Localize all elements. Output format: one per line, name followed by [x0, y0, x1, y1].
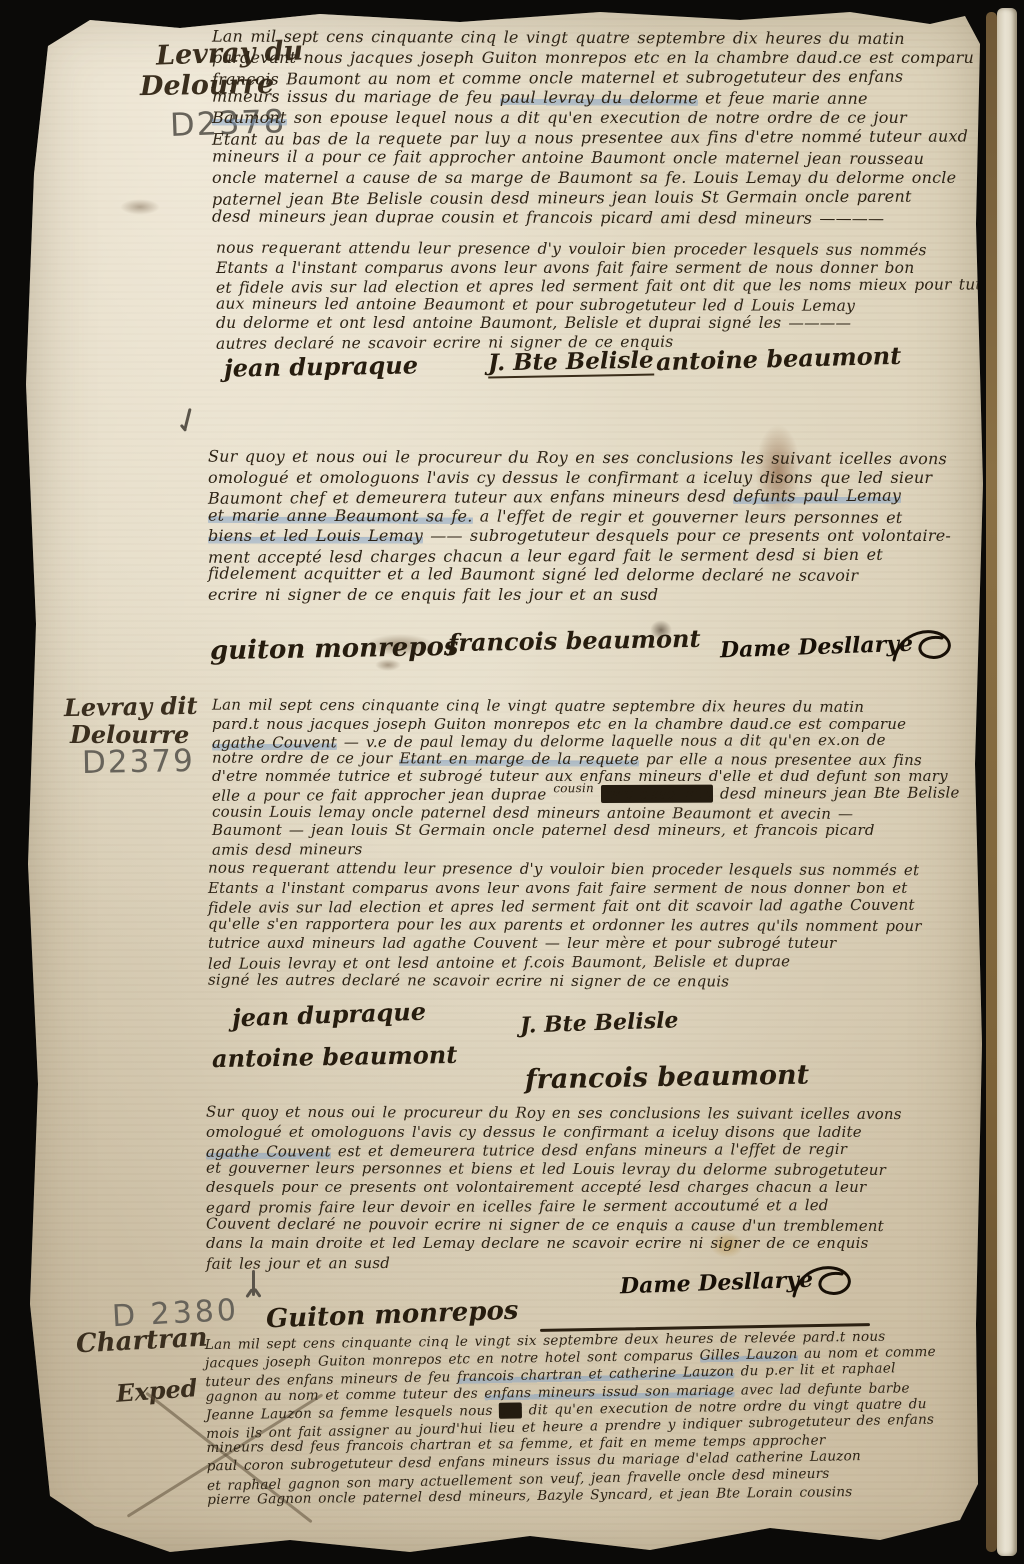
- manuscript-text: mineurs issus du mariage de feu: [212, 87, 500, 107]
- signature-jb-belisle: J. Bte Belisle: [488, 347, 654, 379]
- manuscript-line: omologué et omologuons l'avis cy dessus …: [208, 468, 1008, 488]
- signature-dame-desllarye: Dame Desllarye: [720, 631, 914, 664]
- manuscript-text: Etant au bas de la requete par luy a nou…: [212, 126, 968, 148]
- manuscript-text: Lan mil sept cens cinquante cinq le ving…: [212, 27, 905, 48]
- manuscript-text: Sur quoy et nous oui le procureur du Roy…: [208, 447, 947, 469]
- manuscript-text: Couvent declaré ne pouvoir ecrire ni sig…: [206, 1214, 884, 1234]
- manuscript-text: omologué et omologuons l'avis cy dessus …: [206, 1123, 862, 1141]
- manuscript-line: Baumont son epouse lequel nous a dit qu'…: [212, 108, 1012, 128]
- manuscript-text: [594, 785, 601, 803]
- manuscript-text: a l'effet de regir et gouverner leurs pe…: [472, 506, 902, 527]
- manuscript-line: Baumont — jean louis St Germain oncle pa…: [212, 822, 1012, 840]
- manuscript-text: dans la main droite et led Lemay declare…: [206, 1234, 868, 1252]
- manuscript-line: Etants a l'instant comparus avons leur a…: [216, 259, 1011, 278]
- manuscript-text: pardevant nous jacques joseph Guiton mon…: [212, 48, 974, 67]
- record2-paragraph3: Sur quoy et nous oui le procureur du Roy…: [206, 1104, 1006, 1271]
- manuscript-page: Levray du Delourre D2378 Levray dit Delo…: [20, 4, 985, 1560]
- manuscript-text: notre ordre de ce jour: [212, 748, 399, 767]
- blue-highlighted-text: enfans mineurs issud son mariage: [484, 1382, 734, 1401]
- blue-highlighted-text: Baumont: [212, 108, 287, 127]
- manuscript-text: amis desd mineurs: [212, 840, 363, 859]
- manuscript-text: desd mineurs jean duprae cousin et franc…: [212, 207, 884, 228]
- manuscript-line: du delorme et ont lesd antoine Baumont, …: [216, 314, 1011, 333]
- manuscript-text: led Louis levray et ont lesd antoine et …: [208, 952, 790, 973]
- manuscript-line: amis desd mineurs: [212, 838, 1012, 859]
- manuscript-line: mineurs issus du mariage de feu paul lev…: [212, 87, 1012, 110]
- manuscript-line: et fidele avis sur lad election et apres…: [216, 275, 1011, 297]
- manuscript-text: fidele avis sur lad election et apres le…: [208, 896, 915, 917]
- manuscript-text: fait les jour et an susd: [206, 1254, 390, 1273]
- manuscript-line: ecrire ni signer de ce enquis fait les j…: [208, 585, 1008, 605]
- blue-highlighted-text: Gilles Lauzon: [700, 1346, 798, 1364]
- blue-highlighted-text: Etant en marge de la requete: [399, 749, 639, 768]
- interlinear-insertion: cousin: [553, 781, 594, 795]
- manuscript-text: qu'elle s'en rapportera pour les aux par…: [208, 914, 922, 934]
- manuscript-text: Lan mil sept cens cinquante cinq le ving…: [212, 696, 864, 716]
- manuscript-text: ecrire ni signer de ce enquis fait les j…: [208, 585, 658, 604]
- manuscript-text: avec lad defunte barbe: [734, 1380, 910, 1398]
- manuscript-text: elle a pour ce fait approcher jean dupra…: [212, 785, 553, 804]
- signature-flourish-icon: [890, 624, 960, 670]
- manuscript-line: qu'elle s'en rapportera pour les aux par…: [208, 914, 1008, 935]
- manuscript-text: cousin Louis lemay oncle paternel desd m…: [212, 802, 853, 822]
- blue-highlighted-text: et marie anne Beaumont sa fe.: [208, 505, 473, 525]
- manuscript-text: son epouse lequel nous a dit qu'en execu…: [287, 108, 907, 127]
- blue-highlighted-text: defunts paul Lemay: [733, 486, 901, 506]
- manuscript-text: aux mineurs led antoine Beaumont et pour…: [216, 294, 855, 314]
- manuscript-line: pardevant nous jacques joseph Guiton mon…: [212, 48, 1012, 68]
- signature-guiton-monrepos: guiton monrepos: [210, 632, 459, 666]
- manuscript-text: nous requerant attendu leur presence d'y…: [216, 239, 927, 259]
- next-page-edge: [997, 8, 1017, 1556]
- record1-paragraph2: nous requerant attendu leur presence d'y…: [216, 240, 1011, 351]
- manuscript-text: Etants a l'instant comparus avons leur a…: [208, 879, 908, 897]
- struck-out-text: amy desd min: [601, 785, 713, 803]
- manuscript-line: Etants a l'instant comparus avons leur a…: [208, 879, 1008, 898]
- manuscript-line: biens et led Louis Lemay —— subrogetuteu…: [208, 526, 1008, 546]
- manuscript-text: et fidele avis sur lad election et apres…: [216, 275, 1009, 296]
- signature-jean-dupraque: jean dupraque: [224, 350, 418, 382]
- manuscript-line: desquels pour ce presents ont volontaire…: [206, 1178, 1006, 1197]
- signature-guiton-monrepos: Guiton monrepos: [266, 1296, 519, 1335]
- manuscript-line: omologué et omologuons l'avis cy dessus …: [206, 1123, 1006, 1142]
- struck-out-text: ont: [499, 1402, 522, 1418]
- manuscript-line: cousin Louis lemay oncle paternel desd m…: [212, 803, 1012, 823]
- manuscript-text: ment accepté lesd charges chacun a leur …: [208, 544, 883, 566]
- manuscript-text: gagnon au nom et comme tuteur des: [206, 1385, 485, 1404]
- manuscript-text: et feue marie anne: [698, 88, 868, 108]
- manuscript-line: dans la main droite et led Lemay declare…: [206, 1234, 1006, 1253]
- margin-title-record2-line1: Levray dit: [64, 691, 198, 722]
- manuscript-text: —— subrogetuteur desquels pour ce presen…: [423, 526, 951, 545]
- manuscript-line: egard promis faire leur devoir en icelle…: [206, 1195, 1006, 1217]
- manuscript-text: Baumont — jean louis St Germain oncle pa…: [212, 821, 875, 839]
- manuscript-text: du p.er lit et raphael: [734, 1361, 896, 1380]
- archive-number-d2379: D2379: [82, 743, 195, 781]
- manuscript-line: nous requerant attendu leur presence d'y…: [208, 859, 1008, 880]
- manuscript-text: fidelement acquitter et a led Baumont si…: [208, 564, 858, 585]
- scan-background: Levray du Delourre D2378 Levray dit Delo…: [0, 0, 1024, 1564]
- manuscript-line: oncle maternel a cause de sa marge de Ba…: [212, 168, 1012, 188]
- blue-highlighted-text: paul levray du delorme: [500, 88, 698, 108]
- pencil-arrow-icon: [253, 1288, 261, 1298]
- manuscript-line: mineurs il a pour ce fait approcher anto…: [212, 147, 1012, 170]
- manuscript-line: et gouverner leurs personnes et biens et…: [206, 1158, 1006, 1179]
- manuscript-line: Lan mil sept cens cinquante cinq le ving…: [212, 27, 1012, 50]
- record3-paragraph1: Lan mil sept cens cinquante cinq le ving…: [205, 1326, 1023, 1511]
- signature-antoine-beaumont: antoine beaumont: [656, 341, 902, 376]
- manuscript-line: Sur quoy et nous oui le procureur du Roy…: [208, 447, 1008, 469]
- ink-smudge: [120, 199, 160, 215]
- manuscript-line: fidelement acquitter et a led Baumont si…: [208, 564, 1008, 586]
- manuscript-line: signé les autres declaré ne scavoir ecri…: [208, 970, 1008, 991]
- manuscript-text: signé les autres declaré ne scavoir ecri…: [208, 970, 729, 990]
- manuscript-text: Etants a l'instant comparus avons leur a…: [216, 259, 914, 277]
- manuscript-text: tutrice auxd mineurs lad agathe Couvent …: [208, 934, 836, 952]
- manuscript-text: egard promis faire leur devoir en icelle…: [206, 1196, 829, 1217]
- manuscript-line: Couvent declaré ne pouvoir ecrire ni sig…: [206, 1214, 1006, 1235]
- record2-paragraph1: Lan mil sept cens cinquante cinq le ving…: [212, 698, 1012, 857]
- manuscript-text: Baumont chef et demeurera tuteur aux enf…: [208, 486, 734, 507]
- signature-dame-desllarye: Dame Desllarye: [620, 1267, 814, 1300]
- blue-highlighted-text: biens et led Louis Lemay: [208, 526, 423, 545]
- record2-paragraph2: nous requerant attendu leur presence d'y…: [208, 860, 1008, 990]
- manuscript-line: desd mineurs jean duprae cousin et franc…: [212, 207, 1012, 230]
- manuscript-line: pard.t nous jacques joseph Guiton monrep…: [212, 716, 1012, 734]
- manuscript-line: Lan mil sept cens cinquante cinq le ving…: [212, 697, 1012, 717]
- manuscript-text: francois Baumont au nom et comme oncle m…: [212, 67, 903, 89]
- signature-francois-beaumont: francois beaumont: [448, 624, 701, 657]
- manuscript-text: omologué et omologuons l'avis cy dessus …: [208, 468, 932, 487]
- manuscript-text: mineurs il a pour ce fait approcher anto…: [212, 147, 924, 168]
- manuscript-text: et gouverner leurs personnes et biens et…: [206, 1158, 886, 1178]
- manuscript-text: du delorme et ont lesd antoine Baumont, …: [216, 314, 851, 332]
- signature-jb-belisle: J. Bte Belisle: [520, 1007, 679, 1039]
- manuscript-line: notre ordre de ce jour Etant en marge de…: [212, 749, 1012, 769]
- manuscript-text: desd mineurs jean Bte Belisle: [713, 783, 960, 802]
- manuscript-text: desquels pour ce presents ont volontaire…: [206, 1178, 866, 1196]
- manuscript-text: nous requerant attendu leur presence d'y…: [208, 859, 919, 879]
- record1-paragraph1: Lan mil sept cens cinquante cinq le ving…: [212, 28, 1012, 228]
- manuscript-line: tutrice auxd mineurs lad agathe Couvent …: [208, 934, 1008, 953]
- manuscript-line: nous requerant attendu leur presence d'y…: [216, 239, 1011, 260]
- signature-flourish-icon: [790, 1260, 860, 1306]
- manuscript-line: Baumont chef et demeurera tuteur aux enf…: [208, 485, 1008, 508]
- signature-jean-dupraque: jean dupraque: [232, 997, 427, 1033]
- record1-paragraph3: Sur quoy et nous oui le procureur du Roy…: [208, 448, 1008, 604]
- signature-antoine-beaumont: antoine beaumont: [212, 1040, 458, 1073]
- next-page-edge-dark: [986, 12, 997, 1552]
- manuscript-text: oncle maternel a cause de sa marge de Ba…: [212, 168, 956, 187]
- manuscript-line: fait les jour et an susd: [206, 1251, 1006, 1273]
- manuscript-text: par elle a nous presentee aux fins: [639, 750, 922, 769]
- manuscript-text: Jeanne Lauzon sa femme lesquels nous: [206, 1403, 500, 1424]
- manuscript-line: led Louis levray et ont lesd antoine et …: [208, 951, 1008, 973]
- manuscript-line: aux mineurs led antoine Beaumont et pour…: [216, 294, 1011, 315]
- manuscript-text: Sur quoy et nous oui le procureur du Roy…: [206, 1103, 902, 1123]
- margin-title-record3-line1: Chartran: [75, 1323, 208, 1360]
- manuscript-text: paternel jean Bte Belisle cousin desd mi…: [212, 187, 912, 209]
- signature-francois-beaumont: francois beaumont: [525, 1060, 810, 1096]
- manuscript-line: et marie anne Beaumont sa fe. a l'effet …: [208, 505, 1008, 527]
- manuscript-text: pard.t nous jacques joseph Guiton monrep…: [212, 715, 906, 733]
- manuscript-text: est et demeurera tutrice desd enfans min…: [331, 1140, 847, 1160]
- manuscript-line: Sur quoy et nous oui le procureur du Roy…: [206, 1103, 1006, 1124]
